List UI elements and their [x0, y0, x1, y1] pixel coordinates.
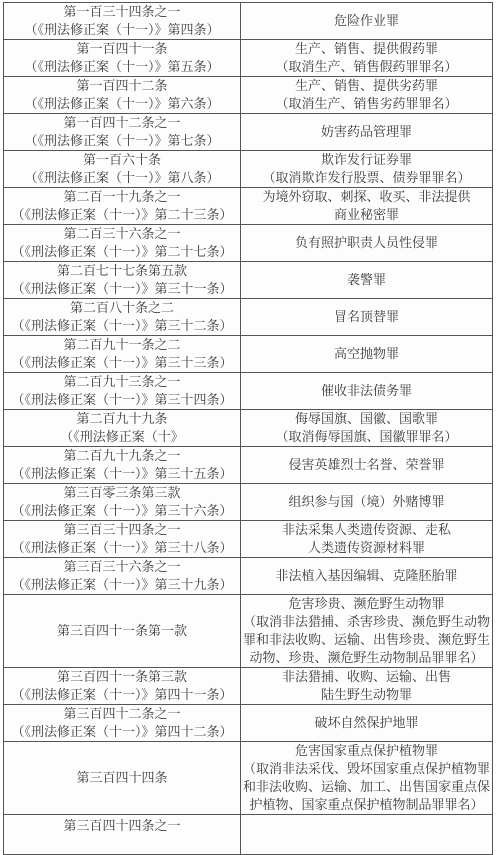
- article-cell: 第三百四十四条之一: [4, 815, 241, 827]
- table-row: 第三百四十一条第一款危害珍贵、濒危野生动物罪（取消非法猎捕、杀害珍贵、濒危野生动…: [4, 595, 493, 668]
- crime-cell: 侮辱国旗、国徽、国歌罪（取消侮辱国旗、国徽罪罪名）: [241, 410, 493, 447]
- table-row: 第一百三十四条之一（《刑法修正案（十一）》第四条）危险作业罪: [4, 3, 493, 40]
- article-cell: 第二百八十条之二（《刑法修正案（十一）》第三十二条）: [4, 299, 241, 336]
- crime-cell-line: （取消生产、销售劣药罪罪名）: [243, 95, 490, 113]
- crime-cell: 危险作业罪: [241, 3, 493, 40]
- crime-cell-line: 高空抛物罪: [243, 345, 490, 363]
- crime-cell-line: 破坏自然保护地罪: [243, 714, 490, 732]
- table-row: 第三百零三条第三款（《刑法修正案（十一）》第三十六条）组织参与国（境）外赌博罪: [4, 484, 493, 521]
- crime-cell-line: 为境外窃取、刺探、收买、非法提供: [243, 188, 490, 206]
- crime-cell-line: 非法植入基因编辑、克隆胚胎罪: [243, 567, 490, 585]
- article-cell-line: 第一百四十二条: [6, 77, 238, 95]
- article-cell-line: （《刑法修正案（十》: [6, 428, 238, 446]
- table-row: 第三百四十四条危害国家重点保护植物罪（取消非法采伐、毁坏国家重点保护植物罪和非法…: [4, 742, 493, 815]
- crime-cell-line: 人类遗传资源材料罪: [243, 539, 490, 557]
- crime-cell: 负有照护职责人员性侵罪: [241, 225, 493, 262]
- article-cell-line: （《刑法修正案（十一）》第四条）: [6, 21, 238, 39]
- article-cell-line: 第二百九十一条之二: [6, 336, 238, 354]
- article-cell-line: 第二百七十七条第五款: [6, 262, 238, 280]
- article-cell-line: 第二百九十九条: [6, 410, 238, 428]
- crime-cell-line: 欺诈发行证券罪: [243, 151, 490, 169]
- crime-cell-line: 罪和非法收购、运输、出售珍贵、濒危野生: [243, 631, 490, 649]
- article-cell-line: 第一百四十二条之一: [6, 114, 238, 132]
- article-cell-line: （《刑法修正案（十一）》第三十三条）: [6, 354, 238, 372]
- article-cell: 第三百四十一条第三款（《刑法修正案（十一）》第四十一条）: [4, 668, 241, 705]
- article-cell: 第二百九十九条之一（《刑法修正案（十一）》第三十五条）: [4, 447, 241, 484]
- article-cell: 第二百七十七条第五款（《刑法修正案（十一）》第三十一条）: [4, 262, 241, 299]
- crime-cell-line: 护植物、国家重点保护植物制品罪罪名）: [243, 796, 490, 814]
- article-cell-line: 第三百四十二条之一: [6, 705, 238, 723]
- article-cell-line: 第一百六十条: [6, 151, 238, 169]
- article-cell-line: 第二百八十条之二: [6, 299, 238, 317]
- article-cell-line: （《刑法修正案（十一）》第三十四条）: [6, 391, 238, 409]
- article-cell: 第二百九十九条（《刑法修正案（十》: [4, 410, 241, 447]
- crime-cell-line: 陆生野生动物罪: [243, 686, 490, 704]
- article-cell-line: 第三百四十一条第三款: [6, 668, 238, 686]
- article-cell: 第一百六十条（《刑法修正案（十一）》第八条）: [4, 151, 241, 188]
- article-cell: 第二百三十六条之一（《刑法修正案（十一）》第二十七条）: [4, 225, 241, 262]
- table-row: 第三百四十四条之一: [4, 815, 493, 827]
- article-cell-line: （《刑法修正案（十一）》第七条）: [6, 132, 238, 150]
- crime-cell-line: 侮辱国旗、国徽、国歌罪: [243, 410, 490, 428]
- crime-cell: 非法猎捕、收购、运输、出售陆生野生动物罪: [241, 668, 493, 705]
- article-cell-line: 第二百三十六条之一: [6, 225, 238, 243]
- crime-cell-line: 非法采集人类遗传资源、走私: [243, 521, 490, 539]
- article-cell-line: 第一百四十一条: [6, 40, 238, 58]
- table-row: 第三百四十一条第三款（《刑法修正案（十一）》第四十一条）非法猎捕、收购、运输、出…: [4, 668, 493, 705]
- article-cell: 第三百零三条第三款（《刑法修正案（十一）》第三十六条）: [4, 484, 241, 521]
- table-row: 第二百九十九条（《刑法修正案（十》侮辱国旗、国徽、国歌罪（取消侮辱国旗、国徽罪罪…: [4, 410, 493, 447]
- crime-cell-line: （取消欺诈发行股票、债券罪罪名）: [243, 169, 490, 187]
- article-cell-line: （《刑法修正案（十一）》第三十二条）: [6, 317, 238, 335]
- table-row: 第三百四十二条之一（《刑法修正案（十一）》第四十二条）破坏自然保护地罪: [4, 705, 493, 742]
- article-cell: 第三百三十四条之一（《刑法修正案（十一）》第三十八条）: [4, 521, 241, 558]
- article-cell: 第二百九十三条之一（《刑法修正案（十一）》第三十四条）: [4, 373, 241, 410]
- crime-cell-line: （取消侮辱国旗、国徽罪罪名）: [243, 428, 490, 446]
- table-row: 第一百四十二条（《刑法修正案（十一）》第六条）生产、销售、提供劣药罪（取消生产、…: [4, 77, 493, 114]
- crime-cell-line: 妨害药品管理罪: [243, 123, 490, 141]
- article-cell-line: （《刑法修正案（十一）》第三十一条）: [6, 280, 238, 298]
- crime-cell-line: 动物、珍贵、濒危野生动物制品罪罪名）: [243, 649, 490, 667]
- crime-cell-line: 生产、销售、提供假药罪: [243, 40, 490, 58]
- article-cell-line: 第一百三十四条之一: [6, 3, 238, 21]
- table-row: 第一百六十条（《刑法修正案（十一）》第八条）欺诈发行证券罪（取消欺诈发行股票、债…: [4, 151, 493, 188]
- crime-cell: 非法植入基因编辑、克隆胚胎罪: [241, 558, 493, 595]
- article-cell-line: （《刑法修正案（十一）》第五条）: [6, 58, 238, 76]
- articles-table-body: 第一百三十四条之一（《刑法修正案（十一）》第四条）危险作业罪第一百四十一条（《刑…: [4, 3, 493, 827]
- crime-cell-line: 危害珍贵、濒危野生动物罪: [243, 595, 490, 613]
- article-cell: 第三百三十六条之一（《刑法修正案（十一）》第三十九条）: [4, 558, 241, 595]
- article-cell-line: （《刑法修正案（十一）》第三十六条）: [6, 502, 238, 520]
- crime-cell: 危害国家重点保护植物罪（取消非法采伐、毁坏国家重点保护植物罪和非法收购、运输、加…: [241, 742, 493, 815]
- article-cell-line: （《刑法修正案（十一）》第三十八条）: [6, 539, 238, 557]
- article-cell: 第一百四十二条（《刑法修正案（十一）》第六条）: [4, 77, 241, 114]
- crime-cell: 袭警罪: [241, 262, 493, 299]
- article-cell-line: 第三百三十四条之一: [6, 521, 238, 539]
- article-cell: 第三百四十二条之一（《刑法修正案（十一）》第四十二条）: [4, 705, 241, 742]
- crime-cell-line: （取消非法猎捕、杀害珍贵、濒危野生动物: [243, 613, 490, 631]
- crime-cell: 非法采集人类遗传资源、走私人类遗传资源材料罪: [241, 521, 493, 558]
- crime-cell-line: 侵害英雄烈士名誉、荣誉罪: [243, 456, 490, 474]
- crime-cell: 破坏自然保护地罪: [241, 705, 493, 742]
- crime-cell: 妨害药品管理罪: [241, 114, 493, 151]
- crime-cell: 催收非法债务罪: [241, 373, 493, 410]
- crime-cell: 侵害英雄烈士名誉、荣誉罪: [241, 447, 493, 484]
- crime-cell-line: 危害国家重点保护植物罪: [243, 742, 490, 760]
- article-cell-line: 第二百一十九条之一: [6, 188, 238, 206]
- crime-cell-line: 和非法收购、运输、加工、出售国家重点保: [243, 778, 490, 796]
- crime-cell-line: 生产、销售、提供劣药罪: [243, 77, 490, 95]
- crime-cell: 为境外窃取、刺探、收买、非法提供商业秘密罪: [241, 188, 493, 225]
- table-row: 第三百三十四条之一（《刑法修正案（十一）》第三十八条）非法采集人类遗传资源、走私…: [4, 521, 493, 558]
- article-cell-line: （《刑法修正案（十一）》第三十五条）: [6, 465, 238, 483]
- crime-cell: 危害珍贵、濒危野生动物罪（取消非法猎捕、杀害珍贵、濒危野生动物罪和非法收购、运输…: [241, 595, 493, 668]
- table-row: 第二百一十九条之一（《刑法修正案（十一）》第二十三条）为境外窃取、刺探、收买、非…: [4, 188, 493, 225]
- crime-cell-line: 组织参与国（境）外赌博罪: [243, 493, 490, 511]
- law-articles-table: 第一百三十四条之一（《刑法修正案（十一）》第四条）危险作业罪第一百四十一条（《刑…: [3, 2, 493, 826]
- crime-cell-line: 负有照护职责人员性侵罪: [243, 234, 490, 252]
- crime-cell: 冒名顶替罪: [241, 299, 493, 336]
- table-row: 第二百九十九条之一（《刑法修正案（十一）》第三十五条）侵害英雄烈士名誉、荣誉罪: [4, 447, 493, 484]
- crime-cell-line: 危险作业罪: [243, 12, 490, 30]
- article-cell-line: 第三百四十一条第一款: [6, 622, 238, 640]
- article-cell: 第二百一十九条之一（《刑法修正案（十一）》第二十三条）: [4, 188, 241, 225]
- crime-cell-line: （取消非法采伐、毁坏国家重点保护植物罪: [243, 760, 490, 778]
- article-cell-line: （《刑法修正案（十一）》第三十九条）: [6, 576, 238, 594]
- crime-cell: 欺诈发行证券罪（取消欺诈发行股票、债券罪罪名）: [241, 151, 493, 188]
- crime-cell-line: 非法猎捕、收购、运输、出售: [243, 668, 490, 686]
- article-cell: 第一百四十一条（《刑法修正案（十一）》第五条）: [4, 40, 241, 77]
- article-cell-line: （《刑法修正案（十一）》第六条）: [6, 95, 238, 113]
- crime-cell: 高空抛物罪: [241, 336, 493, 373]
- crime-cell-line: 袭警罪: [243, 271, 490, 289]
- article-cell-line: 第三百三十六条之一: [6, 558, 238, 576]
- table-row: 第二百九十三条之一（《刑法修正案（十一）》第三十四条）催收非法债务罪: [4, 373, 493, 410]
- table-row: 第二百三十六条之一（《刑法修正案（十一）》第二十七条）负有照护职责人员性侵罪: [4, 225, 493, 262]
- table-row: 第二百九十一条之二（《刑法修正案（十一）》第三十三条）高空抛物罪: [4, 336, 493, 373]
- table-row: 第三百三十六条之一（《刑法修正案（十一）》第三十九条）非法植入基因编辑、克隆胚胎…: [4, 558, 493, 595]
- article-cell: 第三百四十一条第一款: [4, 595, 241, 668]
- law-articles-table-wrap: 第一百三十四条之一（《刑法修正案（十一）》第四条）危险作业罪第一百四十一条（《刑…: [3, 2, 492, 826]
- article-cell-line: 第二百九十九条之一: [6, 447, 238, 465]
- article-cell-line: 第二百九十三条之一: [6, 373, 238, 391]
- article-cell-line: （《刑法修正案（十一）》第二十三条）: [6, 206, 238, 224]
- article-cell-line: （《刑法修正案（十一）》第四十二条）: [6, 723, 238, 741]
- crime-cell-line: 催收非法债务罪: [243, 382, 490, 400]
- table-row: 第一百四十二条之一（《刑法修正案（十一）》第七条）妨害药品管理罪: [4, 114, 493, 151]
- article-cell-line: 第三百四十四条之一: [6, 817, 238, 826]
- article-cell-line: （《刑法修正案（十一）》第八条）: [6, 169, 238, 187]
- crime-cell-line: 商业秘密罪: [243, 206, 490, 224]
- article-cell-line: 第三百零三条第三款: [6, 484, 238, 502]
- crime-cell: 生产、销售、提供劣药罪（取消生产、销售劣药罪罪名）: [241, 77, 493, 114]
- table-row: 第二百八十条之二（《刑法修正案（十一）》第三十二条）冒名顶替罪: [4, 299, 493, 336]
- article-cell-line: （《刑法修正案（十一）》第四十一条）: [6, 686, 238, 704]
- article-cell-line: （《刑法修正案（十一）》第二十七条）: [6, 243, 238, 261]
- article-cell: 第一百四十二条之一（《刑法修正案（十一）》第七条）: [4, 114, 241, 151]
- article-cell: 第二百九十一条之二（《刑法修正案（十一）》第三十三条）: [4, 336, 241, 373]
- table-row: 第一百四十一条（《刑法修正案（十一）》第五条）生产、销售、提供假药罪（取消生产、…: [4, 40, 493, 77]
- crime-cell-line: （取消生产、销售假药罪罪名）: [243, 58, 490, 76]
- article-cell-line: 第三百四十四条: [6, 769, 238, 787]
- article-cell: 第三百四十四条: [4, 742, 241, 815]
- crime-cell: 组织参与国（境）外赌博罪: [241, 484, 493, 521]
- crime-cell-line: 冒名顶替罪: [243, 308, 490, 326]
- crime-cell: 生产、销售、提供假药罪（取消生产、销售假药罪罪名）: [241, 40, 493, 77]
- crime-cell: [241, 815, 493, 827]
- article-cell: 第一百三十四条之一（《刑法修正案（十一）》第四条）: [4, 3, 241, 40]
- table-row: 第二百七十七条第五款（《刑法修正案（十一）》第三十一条）袭警罪: [4, 262, 493, 299]
